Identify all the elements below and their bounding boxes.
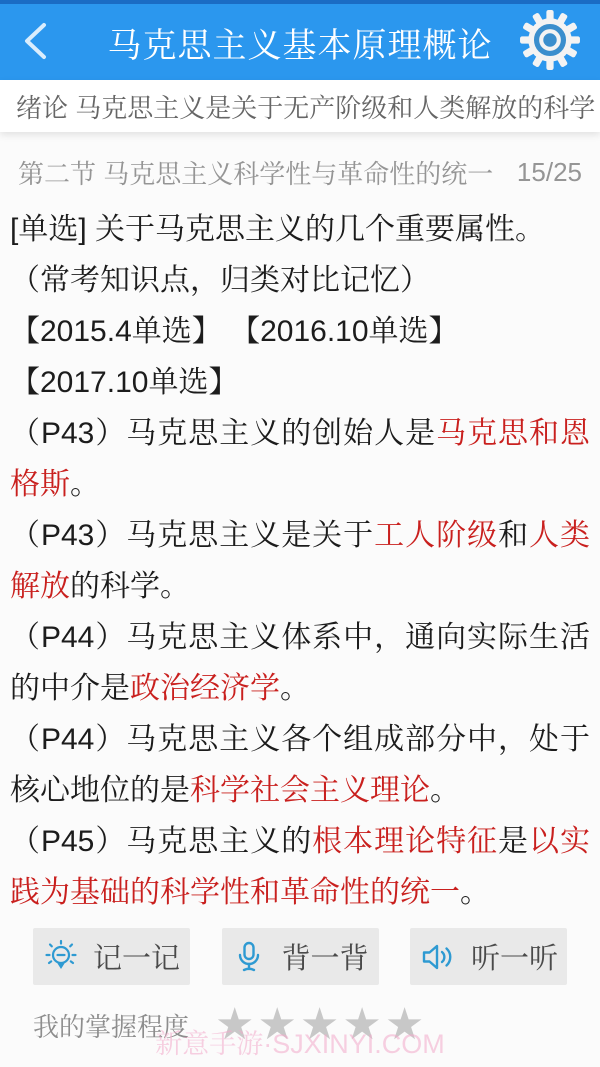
star-icon[interactable]: ★ bbox=[342, 1003, 381, 1047]
action-label: 背一背 bbox=[281, 936, 368, 977]
lightbulb-icon bbox=[43, 939, 79, 975]
question-paragraph: 【2015.4单选】 【2016.10单选】 bbox=[10, 306, 590, 357]
question-paragraph: 【2017.10单选】 bbox=[10, 357, 590, 408]
app-header: 马克思主义基本原理概论 bbox=[0, 0, 600, 80]
question-text: 【2017.10单选】 bbox=[10, 366, 238, 399]
action-bar: 记一记背一背听一听 bbox=[33, 928, 567, 985]
star-icon[interactable]: ★ bbox=[300, 1003, 339, 1047]
listen-button[interactable]: 听一听 bbox=[410, 928, 567, 985]
recite-button[interactable]: 背一背 bbox=[222, 928, 379, 985]
question-text: 。 bbox=[280, 672, 310, 705]
star-icon[interactable]: ★ bbox=[215, 1003, 254, 1047]
question-text: [单选] 关于马克思主义的几个重要属性。 bbox=[10, 213, 545, 246]
action-label: 听一听 bbox=[471, 936, 558, 977]
gear-icon bbox=[519, 9, 581, 76]
app-screen: 马克思主义基本原理概论 绪论 马克思主义是关于无产阶级和人类解放的科学 第 bbox=[0, 0, 600, 1067]
section-row: 第二节 马克思主义科学性与革命性的统一 15/25 bbox=[0, 154, 600, 190]
question-text: 【2015.4单选】 【2016.10单选】 bbox=[10, 315, 459, 348]
question-paragraph: [单选] 关于马克思主义的几个重要属性。 bbox=[10, 204, 590, 255]
speaker-icon bbox=[419, 939, 457, 975]
question-text: 。 bbox=[460, 876, 490, 909]
question-text: （P43）马克思主义是关于 bbox=[10, 519, 374, 552]
question-paragraph: （P43）马克思主义的创始人是马克思和恩格斯。 bbox=[10, 408, 590, 510]
mastery-label: 我的掌握程度 bbox=[33, 1007, 189, 1044]
action-label: 记一记 bbox=[93, 936, 180, 977]
question-paragraph: （P45）马克思主义的根本理论特征是以实践为基础的科学性和革命性的统一。 bbox=[10, 816, 590, 918]
star-rating[interactable]: ★★★★★ bbox=[215, 1003, 427, 1047]
progress-indicator: 15/25 bbox=[517, 157, 582, 188]
chapter-bar[interactable]: 绪论 马克思主义是关于无产阶级和人类解放的科学 bbox=[0, 80, 600, 132]
question-paragraph: （P44）马克思主义各个组成部分中，处于核心地位的是科学社会主义理论。 bbox=[10, 714, 590, 816]
section-title: 第二节 马克思主义科学性与革命性的统一 bbox=[18, 154, 493, 191]
question-paragraph: （P43）马克思主义是关于工人阶级和人类解放的科学。 bbox=[10, 510, 590, 612]
page-title: 马克思主义基本原理概论 bbox=[108, 18, 493, 67]
highlighted-term: 根本理论特征 bbox=[312, 825, 498, 858]
microphone-icon bbox=[231, 939, 267, 975]
settings-button[interactable] bbox=[518, 10, 582, 74]
question-text: （P43）马克思主义的创始人是 bbox=[10, 417, 436, 450]
question-content: [单选] 关于马克思主义的几个重要属性。（常考知识点，归类对比记忆）【2015.… bbox=[0, 204, 600, 918]
question-paragraph: （常考知识点，归类对比记忆） bbox=[10, 255, 590, 306]
highlighted-term: 工人阶级 bbox=[374, 519, 498, 552]
back-button[interactable] bbox=[16, 18, 56, 68]
star-icon[interactable]: ★ bbox=[385, 1003, 424, 1047]
question-text: 。 bbox=[430, 774, 460, 807]
highlighted-term: 政治经济学 bbox=[130, 672, 280, 705]
star-icon[interactable]: ★ bbox=[257, 1003, 296, 1047]
note-button[interactable]: 记一记 bbox=[33, 928, 190, 985]
chevron-left-icon bbox=[19, 18, 53, 69]
question-paragraph: （P44）马克思主义体系中，通向实际生活的中介是政治经济学。 bbox=[10, 612, 590, 714]
highlighted-term: 科学社会主义理论 bbox=[190, 774, 430, 807]
question-text: （常考知识点，归类对比记忆） bbox=[10, 264, 430, 297]
question-text: 是 bbox=[498, 825, 529, 858]
chapter-title: 绪论 马克思主义是关于无产阶级和人类解放的科学 bbox=[16, 88, 595, 125]
mastery-row: 我的掌握程度 ★★★★★ bbox=[33, 1003, 600, 1047]
question-text: （P45）马克思主义的 bbox=[10, 825, 312, 858]
question-text: 和 bbox=[498, 519, 529, 552]
question-text: 。 bbox=[70, 468, 100, 501]
question-text: 的科学。 bbox=[70, 570, 190, 603]
